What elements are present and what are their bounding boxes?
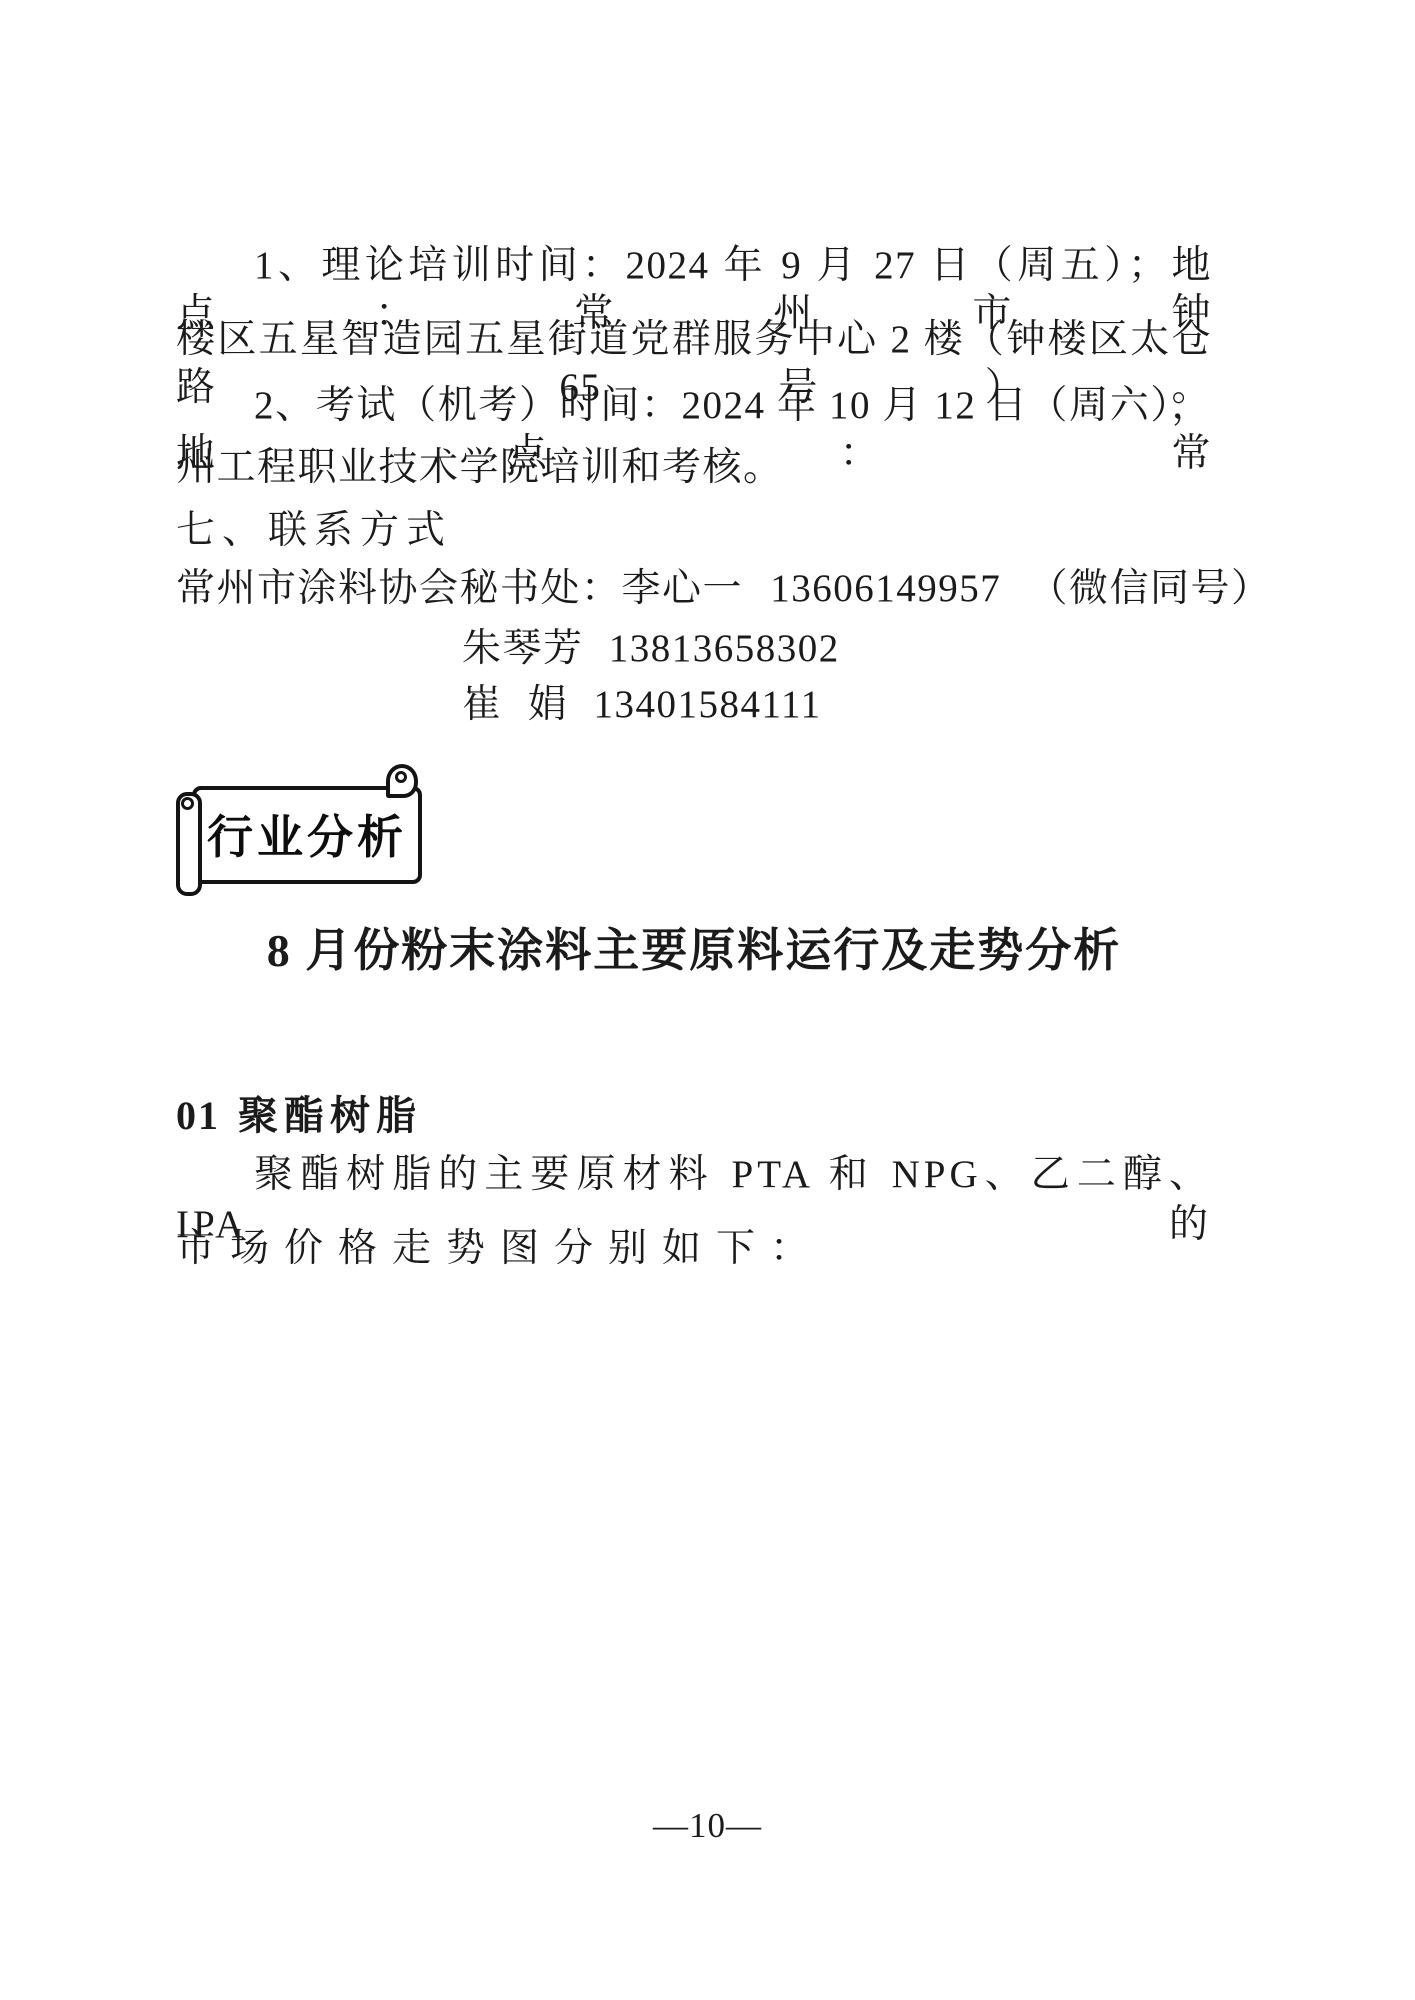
page-number: —10— bbox=[0, 1806, 1415, 1846]
banner-label: 行业分析 bbox=[207, 801, 407, 867]
article-title: 8 月份粉末涂料主要原料运行及走势分析 bbox=[176, 914, 1212, 980]
section-title: 聚酯树脂 bbox=[238, 1093, 422, 1138]
industry-analysis-banner: 行业分析 bbox=[192, 786, 422, 884]
scroll-left-roll-hole-icon bbox=[181, 797, 194, 810]
industry-para-line2: 市场价格走势图分别如下： bbox=[176, 1224, 824, 1274]
document-page: 1、理论培训时间：2024 年 9 月 27 日（周五）；地点：常州市钟 楼区五… bbox=[0, 0, 1415, 2000]
contact-section-heading: 七、联系方式 bbox=[176, 507, 1212, 555]
contact-line-3: 崔 娟 13401584111 bbox=[462, 681, 1415, 729]
scroll-top-curl-hole-icon bbox=[395, 771, 407, 783]
contact-line-secretariat: 常州市涂料协会秘书处：李心一 13606149957 （微信同号） bbox=[176, 565, 1212, 613]
para2-line2: 州工程职业技术学院培训和考核。 bbox=[176, 444, 1212, 492]
section-heading: 01聚酯树脂 bbox=[176, 1084, 422, 1141]
contact-line-2: 朱琴芳 13813658302 bbox=[462, 625, 1415, 673]
section-number: 01 bbox=[176, 1093, 220, 1138]
